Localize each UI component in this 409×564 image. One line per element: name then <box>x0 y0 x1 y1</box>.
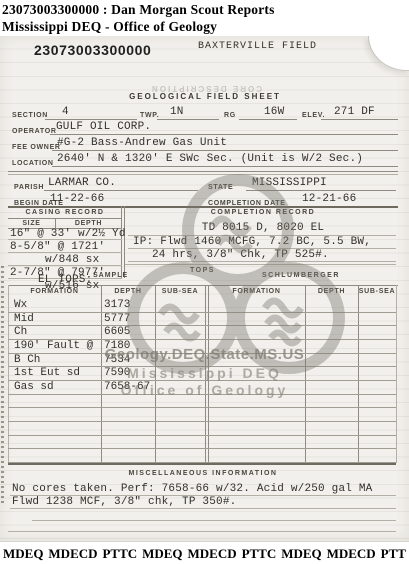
agency-header: Mississippi DEQ - Office of Geology <box>2 19 217 35</box>
completion-line: IP: Flwd 1460 MCFG, 7.2 BC, 5.5 BW, <box>133 236 371 248</box>
depth-cell: 7590 <box>104 367 130 379</box>
tops-col-subsea-right: SUB-SEA <box>358 288 396 295</box>
completion-line: TD 8015 D, 8020 EL <box>128 222 398 234</box>
footer-token: MDECD <box>327 546 376 562</box>
tops-label: TOPS <box>190 267 215 274</box>
completion-record-title: COMPLETION RECORD <box>128 209 398 216</box>
depth-cell: 7534 <box>104 354 130 366</box>
well-id-header: 23073003300000 : Dan Morgan Scout Report… <box>2 2 275 18</box>
table-row: Wx3173 <box>8 299 396 313</box>
tops-col-depth-right: DEPTH <box>305 288 358 295</box>
completion-line: 24 hrs, 3/8" Chk, TP 525#. <box>152 249 329 261</box>
tops-table: Wx3173 Mid5777 Ch6605 190' Fault @7180 B… <box>8 299 396 463</box>
completion-date-label: COMPLETION DATE <box>208 200 286 207</box>
tops-col-depth-left: DEPTH <box>101 288 155 295</box>
field-name: BAXTERVILLE FIELD <box>198 41 317 52</box>
formation-cell: Ch <box>14 326 27 338</box>
formation-cell: B Ch <box>14 354 40 366</box>
footer-token: MDEQ <box>3 546 43 562</box>
elev-label: ELEV. <box>302 112 325 119</box>
footer-token: PTTC <box>102 546 137 562</box>
api-stamp-number: 23073003300000 <box>34 42 151 58</box>
tops-col-subsea-left: SUB-SEA <box>155 288 205 295</box>
twp-label: TWP. <box>140 112 159 119</box>
parish-label: PARISH <box>14 184 44 191</box>
casing-record-title: CASING RECORD <box>8 209 122 216</box>
footer-watermark-row: MDEQ MDECD PTTC MDEQ MDECD PTTC MDEQ MDE… <box>0 546 409 562</box>
section-value: 4 <box>62 106 69 118</box>
casing-row: 16" @ 33' w/2½ Yd <box>10 228 126 240</box>
schlumberger-label: SCHLUMBERGER <box>262 272 340 279</box>
state-label: STATE <box>208 184 233 191</box>
footer-token: PTTC <box>242 546 277 562</box>
tops-col-formation-left: FORMATION <box>8 288 101 295</box>
casing-row: w/848 sx <box>45 254 99 266</box>
misc-line: Flwd 1238 MCF, 3/8" chk, TP 350#. <box>12 496 236 508</box>
depth-cell: 7658-67 <box>104 381 150 393</box>
depth-cell: 5777 <box>104 313 130 325</box>
table-row <box>8 408 396 422</box>
begin-date-value: 11-22-66 <box>50 193 104 205</box>
el-tops-note: EL TOPS: <box>38 274 92 286</box>
formation-cell: 1st Eut sd <box>14 367 80 379</box>
section-label: SECTION <box>12 112 48 119</box>
casing-depth-col: DEPTH <box>55 220 122 227</box>
formation-cell: 190' Fault @ <box>14 340 93 352</box>
twp-value: 1N <box>170 106 184 118</box>
footer-token: MDECD <box>48 546 97 562</box>
misc-title: MISCELLANEOUS INFORMATION <box>8 470 398 477</box>
table-row: 190' Fault @7180 <box>8 340 396 354</box>
table-row <box>8 436 396 450</box>
table-row: Ch6605 <box>8 326 396 340</box>
depth-cell: 7180 <box>104 340 130 352</box>
footer-token: MDEQ <box>142 546 182 562</box>
location-value: 2640' N & 1320' E SWc Sec. (Unit is W/2 … <box>57 153 363 165</box>
formation-cell: Mid <box>14 313 34 325</box>
table-row: Gas sd7658-67 <box>8 381 396 395</box>
elev-value: 271 DF <box>334 106 375 118</box>
formation-cell: Wx <box>14 299 27 311</box>
tops-col-formation-right: FORMATION <box>208 288 305 295</box>
operator-label: OPERATOR <box>12 128 57 135</box>
depth-cell: 6605 <box>104 326 130 338</box>
misc-line: No cores taken. Perf: 7658-66 w/32. Acid… <box>12 483 372 495</box>
rg-value: 16W <box>264 106 284 118</box>
table-row: B Ch7534 <box>8 354 396 368</box>
table-row: 1st Eut sd7590 <box>8 367 396 381</box>
footer-token: PTT <box>381 546 406 562</box>
formation-cell: Gas sd <box>14 381 54 393</box>
location-label: LOCATION <box>12 160 54 167</box>
parish-value: LARMAR CO. <box>48 177 116 189</box>
casing-size-col: SIZE <box>8 220 55 227</box>
sheet-title: GEOLOGICAL FIELD SHEET <box>115 92 295 101</box>
table-row <box>8 395 396 409</box>
depth-cell: 3173 <box>104 299 130 311</box>
scout-report-page: 23073003300000 : Dan Morgan Scout Report… <box>0 0 409 564</box>
table-row: Mid5777 <box>8 313 396 327</box>
table-row <box>8 449 396 463</box>
sample-label: SAMPLE <box>93 272 128 279</box>
rg-label: RG <box>224 112 236 119</box>
table-row <box>8 422 396 436</box>
operator-value: GULF OIL CORP. <box>56 121 151 133</box>
footer-token: MDECD <box>188 546 237 562</box>
edge-micro-print <box>1 266 4 506</box>
fee-owner-label: FEE OWNER <box>12 144 61 151</box>
completion-date-value: 12-21-66 <box>302 193 356 205</box>
scanned-field-sheet: 23073003300000 BAXTERVILLE FIELD CORE DE… <box>0 36 409 542</box>
fee-owner-value: #G-2 Bass-Andrew Gas Unit <box>57 137 227 149</box>
state-value: MISSISSIPPI <box>252 177 327 189</box>
footer-token: MDEQ <box>281 546 321 562</box>
casing-row: 8-5/8" @ 1721' <box>10 241 105 253</box>
